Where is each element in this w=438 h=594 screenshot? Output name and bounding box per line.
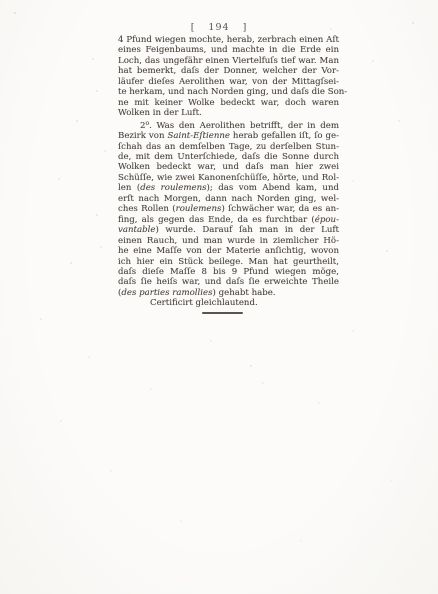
text-segment: daſs dieſe Maſſe 8 bis 9 Pfund wiegen mö… (118, 267, 339, 277)
text-line: (des parties ramollies) gehabt habe. (118, 288, 339, 298)
text-line: fing, als gegen das Ende, da es furchtba… (118, 215, 339, 225)
text-segment: . Was den Aerolithen betrifft, der in de… (149, 121, 339, 131)
text-line: einen Rauch, und man wurde in ziemlicher… (118, 236, 339, 246)
paragraph-2: 2o. Was den Aerolithen betrifft, der in … (118, 119, 339, 299)
text-line: hat bemerkt, daſs der Donner, welcher de… (118, 66, 339, 76)
text-segment: ) gehabt habe. (213, 288, 276, 298)
text-segment: erſt nach Morgen, dann nach Norden ging,… (118, 194, 339, 204)
running-head: [ 194 ] (0, 22, 438, 33)
text-segment: te herkam, und nach Norden ging, und daſ… (118, 87, 347, 97)
paragraph-certification: Certificirt gleichlautend. (118, 298, 339, 308)
text-segment: daſs ſie heiſs war, und daſs ſie erweich… (118, 277, 339, 287)
text-segment: de, mit dem Unterſchiede, daſs die Sonne… (118, 152, 339, 162)
text-line: Loch, das ungefähr einen Viertelfuſs tie… (118, 56, 339, 66)
text-line: vantable) wurde. Darauf ſah man in der L… (118, 225, 339, 235)
section-divider-rule (202, 312, 243, 314)
text-line: 4 Pfund wiegen mochte, herab, zerbrach e… (118, 35, 339, 45)
text-segment: Certificirt gleichlautend. (150, 298, 258, 308)
text-segment: fing, als gegen das Ende, da es furchtba… (118, 215, 315, 225)
text-line: Schüſſe, wie zwei Kanonenſchüſſe, hörte,… (118, 173, 339, 183)
text-line: ches Rollen (roulemens) ſchwächer war, d… (118, 204, 339, 214)
text-line: eines Feigenbaums, und machte in die Erd… (118, 45, 339, 55)
paragraph-continuation: 4 Pfund wiegen mochte, herab, zerbrach e… (118, 35, 339, 119)
text-line: 2o. Was den Aerolithen betrifft, der in … (118, 119, 339, 131)
text-line: len (des roulemens); das vom Abend kam, … (118, 183, 339, 193)
italic-text-segment: des roulemens (140, 183, 206, 193)
text-segment: hat bemerkt, daſs der Donner, welcher de… (118, 66, 339, 76)
text-segment: Loch, das ungefähr einen Viertelfuſs tie… (118, 56, 339, 66)
text-segment: ) wurde. Darauf ſah man in der Luft (155, 225, 339, 235)
text-segment: Schüſſe, wie zwei Kanonenſchüſſe, hörte,… (118, 173, 339, 183)
text-line: de, mit dem Unterſchiede, daſs die Sonne… (118, 152, 339, 162)
italic-text-segment: roulemens (176, 204, 222, 214)
scan-noise-speckles (0, 0, 2, 2)
text-segment: ne mit keiner Wolke bedeckt war, doch wa… (118, 98, 339, 108)
header-open-bracket: [ (191, 22, 196, 33)
scanned-book-page: [ 194 ] 4 Pfund wiegen mochte, herab, ze… (0, 0, 438, 594)
text-segment: Wolken bedeckt war, und daſs man hier zw… (118, 162, 339, 172)
italic-text-segment: vantable (118, 225, 155, 235)
text-line: ne mit keiner Wolke bedeckt war, doch wa… (118, 98, 339, 108)
text-segment: ich hier ein Stück beilege. Man hat geur… (118, 257, 339, 267)
italic-text-segment: des parties ramollies (121, 288, 212, 298)
text-line: läufer dieſes Aerolithen war, von der Mi… (118, 77, 339, 87)
text-line: daſs ſie heiſs war, und daſs ſie erweich… (118, 277, 339, 287)
text-line: te herkam, und nach Norden ging, und daſ… (118, 87, 339, 97)
text-line: Wolken in der Luft. (118, 108, 339, 118)
text-segment: herab gefallen iſt, ſo ge- (230, 131, 339, 141)
text-line: Certificirt gleichlautend. (118, 298, 339, 308)
text-segment: Bezirk von (118, 131, 167, 141)
italic-text-segment: Saint-Eſtienne (167, 131, 230, 141)
text-segment: einen Rauch, und man wurde in ziemlicher… (118, 236, 339, 246)
text-block: 4 Pfund wiegen mochte, herab, zerbrach e… (118, 35, 339, 309)
text-segment: ) ſchwächer war, da es an- (221, 204, 339, 214)
text-line: Wolken bedeckt war, und daſs man hier zw… (118, 162, 339, 172)
text-line: he eine Maſſe von der Materie anſichtig,… (118, 246, 339, 256)
text-line: erſt nach Morgen, dann nach Norden ging,… (118, 194, 339, 204)
text-segment: eines Feigenbaums, und machte in die Erd… (118, 45, 339, 55)
header-close-bracket: ] (243, 22, 248, 33)
text-segment: len ( (118, 183, 140, 193)
text-line: ſchah das an demſelben Tage, zu derſelbe… (118, 142, 339, 152)
text-segment: ); das vom Abend kam, und (207, 183, 339, 193)
text-segment: ſchah das an demſelben Tage, zu derſelbe… (118, 142, 339, 152)
text-segment: Wolken in der Luft. (118, 108, 202, 118)
page-number: 194 (208, 22, 229, 33)
text-line: ich hier ein Stück beilege. Man hat geur… (118, 257, 339, 267)
text-segment: ches Rollen ( (118, 204, 176, 214)
text-line: Bezirk von Saint-Eſtienne herab gefallen… (118, 131, 339, 141)
text-segment: 4 Pfund wiegen mochte, herab, zerbrach e… (118, 35, 339, 45)
italic-text-segment: épou- (315, 215, 339, 225)
text-segment: läufer dieſes Aerolithen war, von der Mi… (118, 77, 339, 87)
text-line: daſs dieſe Maſſe 8 bis 9 Pfund wiegen mö… (118, 267, 339, 277)
text-segment: he eine Maſſe von der Materie anſichtig,… (118, 246, 339, 256)
